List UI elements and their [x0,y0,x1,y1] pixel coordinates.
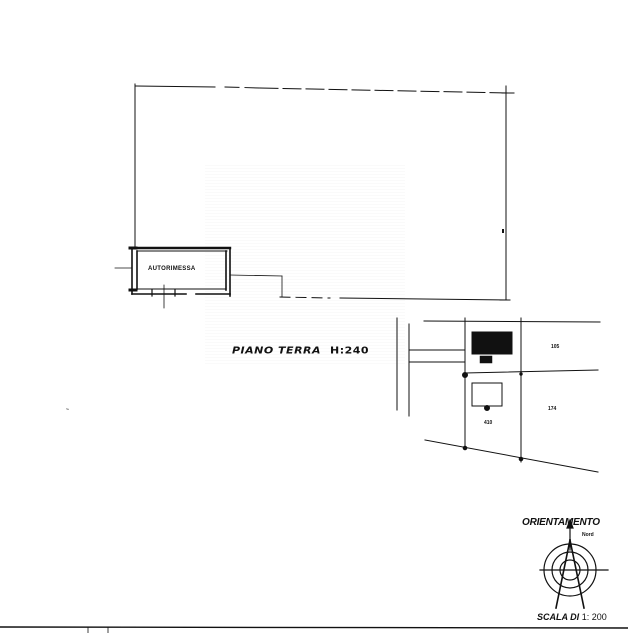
orientation-title: ORIENTAMENTO [522,518,600,528]
parcel-label: 174 [548,407,556,412]
garage-dimension-lines [115,268,282,308]
ceiling-height-label: H:240 [330,346,369,355]
room-label-garage: AUTORIMESSA [148,266,196,272]
scale-prefix: SCALA DI [537,612,579,622]
garage-walls [130,248,230,296]
scale-label: SCALA DI 1: 200 [537,613,607,622]
north-label: Nord [582,533,594,538]
plan-linework [0,0,628,633]
compass-icon [540,520,608,608]
parcel-label: 105 [551,345,559,350]
site-plan [397,318,600,472]
parcel-label: 410 [484,421,492,426]
drawing-sheet: AUTORIMESSA PIANO TERRA H:240 105 174 41… [0,0,628,633]
title-block-border [0,627,628,633]
scale-value: 1: 200 [582,612,607,622]
margin-mark: ~ [66,408,69,413]
floor-title: PIANO TERRA [232,346,321,355]
